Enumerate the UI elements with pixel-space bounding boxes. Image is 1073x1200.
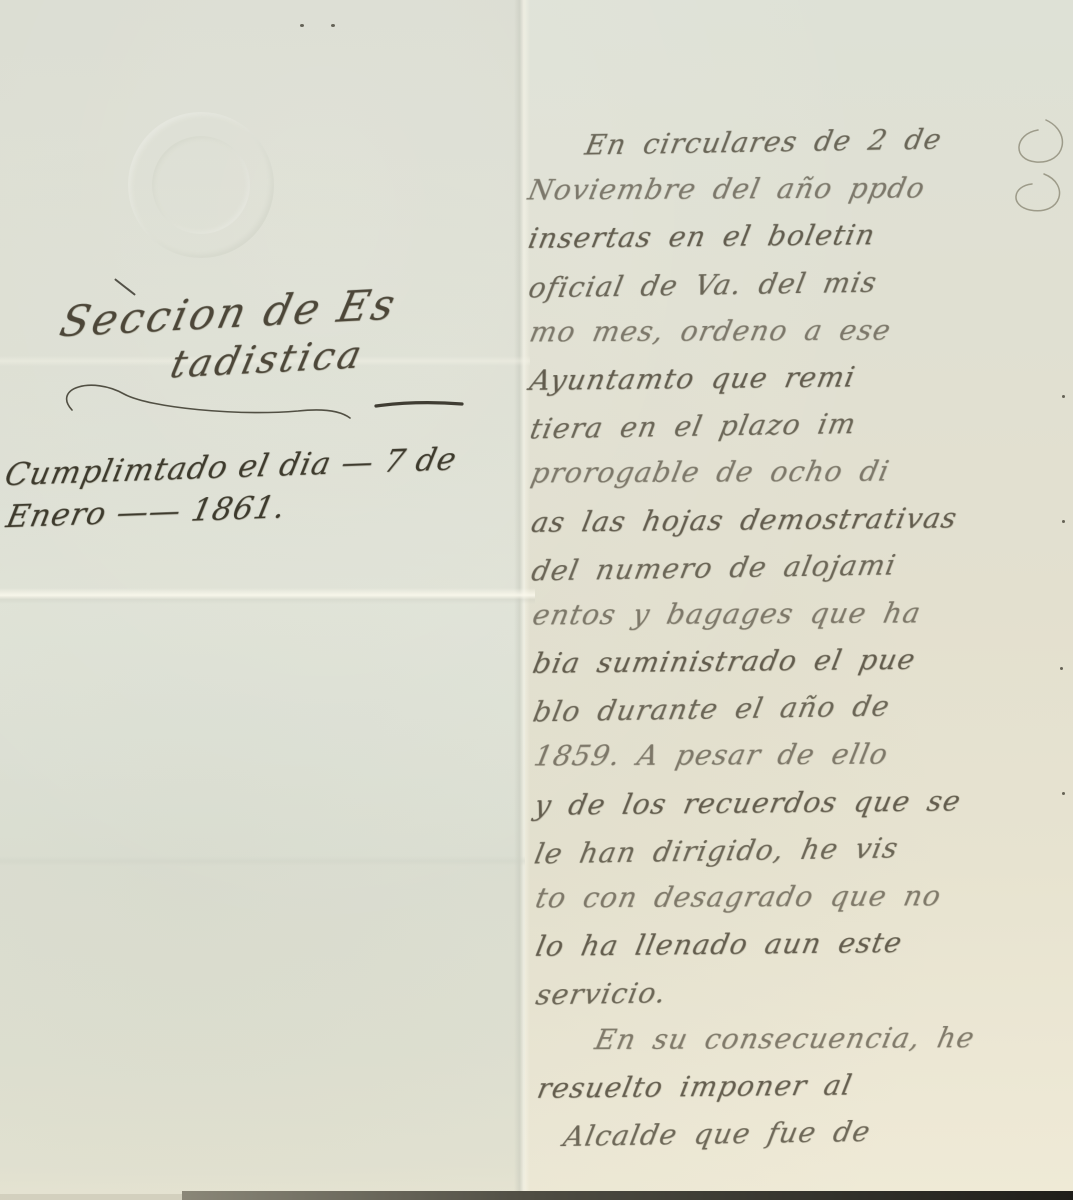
fold-line-horizontal-upper [0,356,530,366]
handwritten-line: mo mes, ordeno a ese [525,305,1068,355]
compliance-annotation: Cumplimtado el dia — 7 de Enero —— 1861. [5,439,527,535]
ink-speck [331,24,335,27]
handwritten-line: prorogable de ocho di [527,447,1070,497]
handwritten-line: to con desagrado que no [531,872,1073,922]
handwritten-line: del numero de alojami [527,538,1071,594]
scan-edge-bottom-left [0,1194,182,1200]
ink-speck [1062,520,1065,523]
paper-shade-left-bottom [0,862,525,1200]
heading-underline-flourish [58,372,478,422]
handwritten-line: entos y bagages que ha [528,588,1071,638]
paper-shade-right [525,0,1073,1200]
paper-sheen [0,0,1073,1200]
section-heading: Seccion de Es tadistica [60,275,484,392]
ink-speck [1062,792,1065,795]
manuscript-scan: Seccion de Es tadistica Cumplimtado el d… [0,0,1073,1200]
handwritten-line: Alcalde que fue de [533,1104,1073,1160]
scan-edge-bottom [182,1191,1073,1200]
fold-line-horizontal-main [0,588,535,604]
handwritten-line: le han dirigido, he vis [530,821,1073,877]
handwritten-line: En su consecuencia, he [533,1013,1073,1063]
letter-body: En circulares de 2 de Noviembre del año … [528,115,1073,1159]
handwritten-line: tiera en el plazo im [526,397,1070,453]
handwritten-line: bia suministrado el pue [528,634,1072,687]
handwritten-line: y de los recuerdos que se [530,776,1073,829]
ink-scratch [114,278,136,296]
annotation-line2: Enero —— 1861. [3,481,530,535]
fold-line-vertical [514,0,530,1200]
embossed-seal-inner-ring [152,136,250,234]
handwritten-line: blo durante el año de [529,680,1073,736]
handwritten-line: lo ha llenado aun este [531,917,1073,970]
embossed-seal-icon [128,112,274,258]
handwritten-line: as las hojas demostrativas [527,493,1071,546]
handwritten-line: servicio. [532,963,1073,1019]
handwritten-line: Noviembre del año ppdo [524,164,1067,214]
handwritten-line: insertas en el boletin [524,210,1068,263]
pen-flourish [988,112,1073,272]
paper-shade-left-top [0,0,525,600]
handwritten-line: oficial de Va. del mis [524,255,1068,311]
scan-edge-top [228,0,1073,5]
handwritten-line: Ayuntamto que remi [526,351,1070,404]
section-heading-line1: Seccion de Es [55,275,486,347]
section-heading-line2: tadistica [166,326,488,387]
handwritten-line: resuelto imponer al [533,1059,1073,1112]
paper-shade-left-mid [0,600,525,862]
ink-speck [1060,667,1063,670]
handwritten-line: En circulares de 2 de [523,114,1067,170]
ink-speck [1062,395,1065,398]
ink-speck [300,24,304,27]
fold-line-horizontal-lower [0,856,525,866]
handwritten-line: 1859. A pesar de ello [530,730,1073,780]
annotation-line1: Cumplimtado el dia — 7 de [2,439,529,493]
